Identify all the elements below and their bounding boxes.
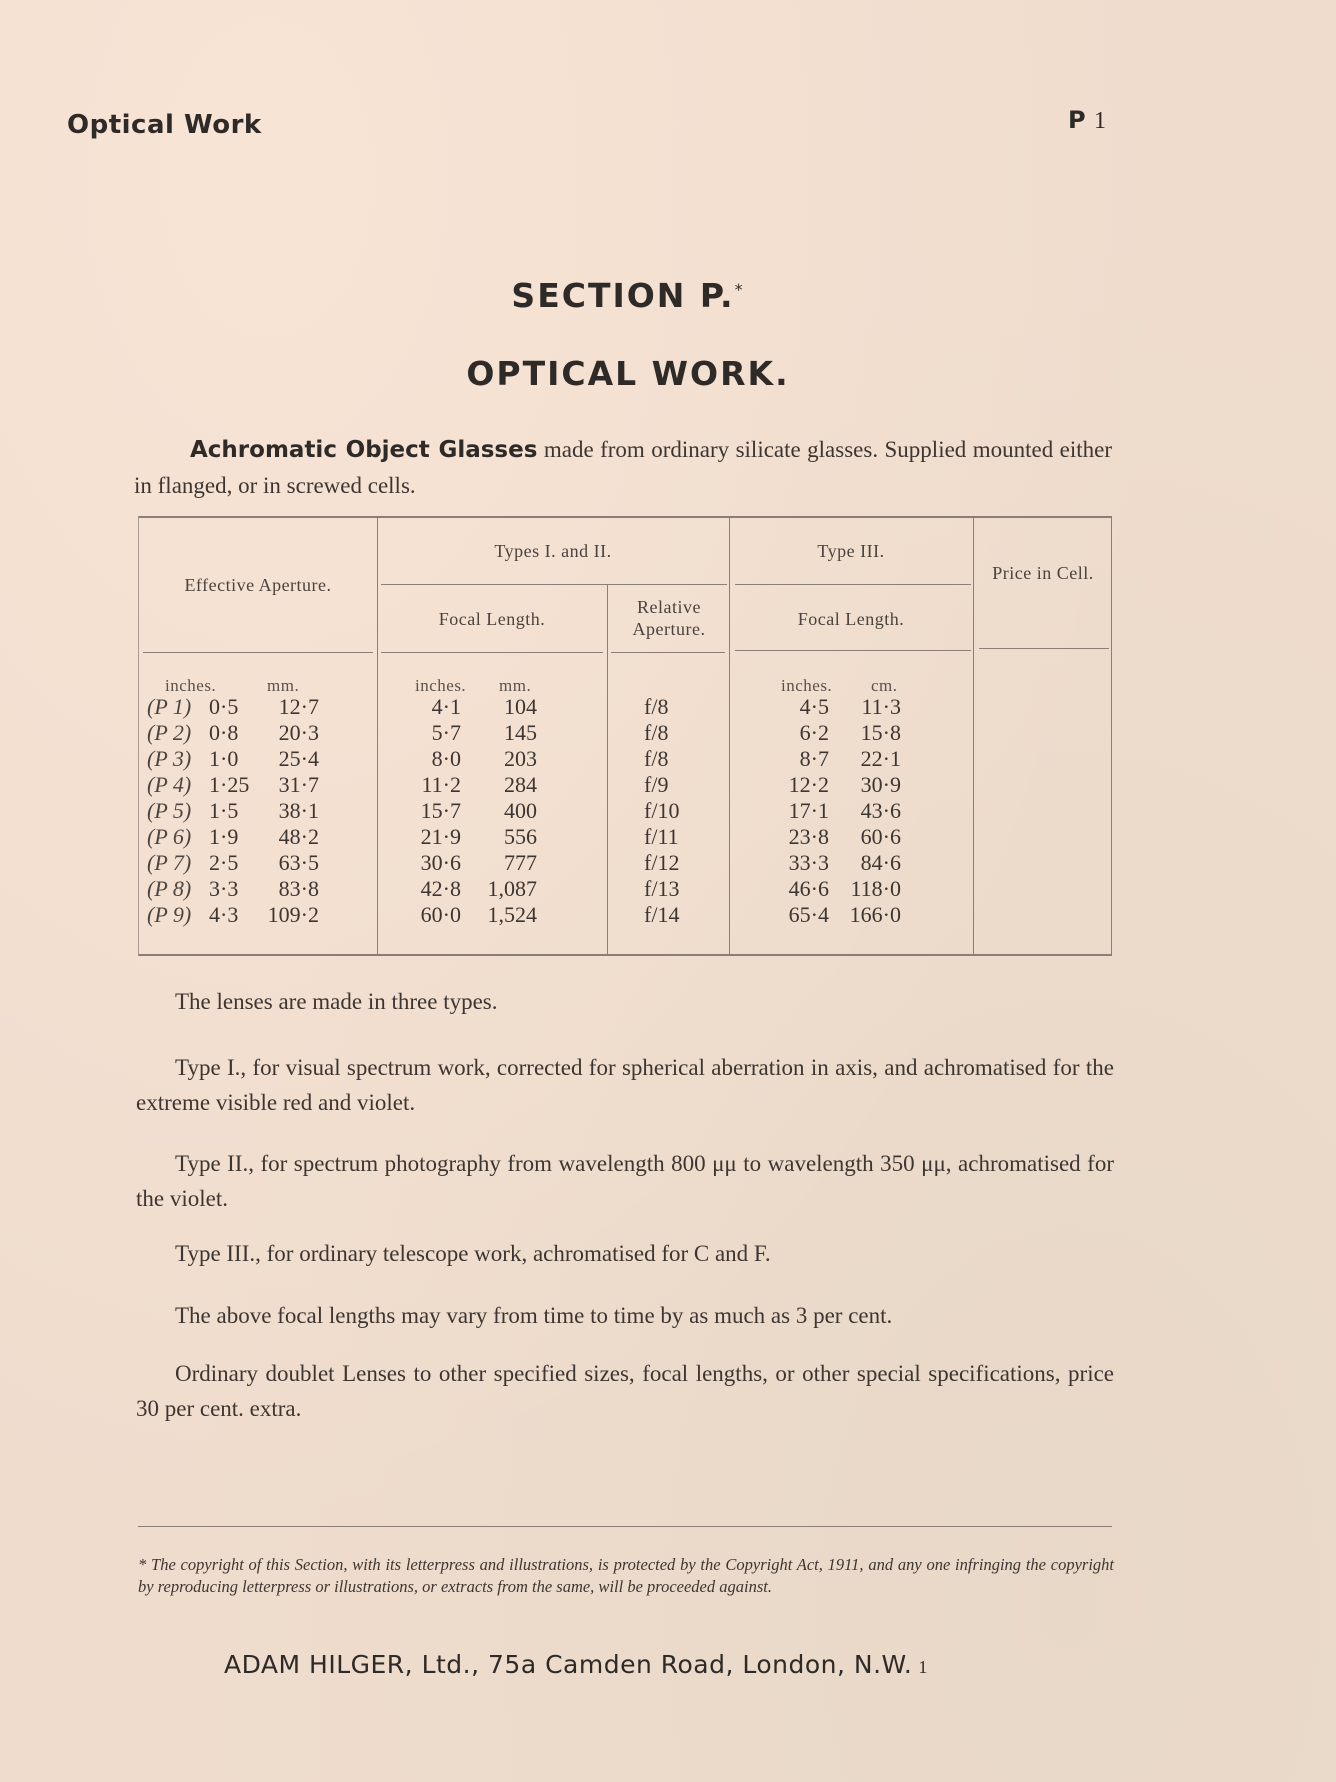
header-relative-aperture: Relative Aperture. xyxy=(615,596,723,640)
t3-focal-cm: 84·6 xyxy=(831,850,901,876)
aperture-inches: 1·25 xyxy=(209,772,249,798)
paragraph-types: The lenses are made in three types. xyxy=(175,984,1115,1019)
lens-code: (P 7) xyxy=(147,850,191,876)
focal-mm: 1,524 xyxy=(463,902,537,928)
aperture-mm: 63·5 xyxy=(259,850,319,876)
focal-mm: 145 xyxy=(463,720,537,746)
relative-aperture: f/12 xyxy=(644,850,679,876)
unit-t3-inches: inches. xyxy=(781,676,832,696)
subject-title: OPTICAL WORK. xyxy=(0,354,1256,393)
lens-code: (P 3) xyxy=(147,746,191,772)
lens-code: (P 4) xyxy=(147,772,191,798)
running-title: Optical Work xyxy=(67,110,262,140)
unit-ea-inches: inches. xyxy=(165,676,216,696)
focal-inches: 11·2 xyxy=(409,772,461,798)
header-price: Price in Cell. xyxy=(979,562,1107,584)
t3-focal-cm: 166·0 xyxy=(831,902,901,928)
lens-code: (P 5) xyxy=(147,798,191,824)
paragraph-type-3: Type III., for ordinary telescope work, … xyxy=(175,1236,1115,1271)
intro-lead: Achromatic Object Glasses xyxy=(190,437,537,463)
focal-mm: 203 xyxy=(463,746,537,772)
t3-focal-inches: 12·2 xyxy=(779,772,829,798)
aperture-inches: 1·0 xyxy=(209,746,238,772)
relative-aperture: f/9 xyxy=(644,772,668,798)
t3-focal-inches: 4·5 xyxy=(779,694,829,720)
t3-focal-cm: 22·1 xyxy=(831,746,901,772)
t3-focal-cm: 118·0 xyxy=(831,876,901,902)
row-divider xyxy=(735,650,971,651)
aperture-inches: 1·9 xyxy=(209,824,238,850)
aperture-mm: 31·7 xyxy=(259,772,319,798)
aperture-mm: 48·2 xyxy=(259,824,319,850)
unit-fl-inches: inches. xyxy=(415,676,466,696)
t3-focal-inches: 8·7 xyxy=(779,746,829,772)
col-divider xyxy=(377,518,378,954)
focal-inches: 60·0 xyxy=(409,902,461,928)
aperture-inches: 2·5 xyxy=(209,850,238,876)
focal-inches: 42·8 xyxy=(409,876,461,902)
lens-table: Effective Aperture. Types I. and II. Typ… xyxy=(138,516,1112,956)
unit-t3-cm: cm. xyxy=(871,676,898,696)
focal-mm: 556 xyxy=(463,824,537,850)
paragraph-tolerance: The above focal lengths may vary from ti… xyxy=(175,1298,1115,1333)
relative-aperture: f/8 xyxy=(644,746,668,772)
row-divider xyxy=(979,648,1109,649)
aperture-mm: 25·4 xyxy=(259,746,319,772)
header-focal-length: Focal Length. xyxy=(377,608,607,630)
lens-code: (P 2) xyxy=(147,720,191,746)
relative-aperture: f/11 xyxy=(644,824,679,850)
header-focal-length-type-3: Focal Length. xyxy=(729,608,973,630)
row-divider xyxy=(381,584,727,585)
aperture-inches: 0·5 xyxy=(209,694,238,720)
aperture-inches: 1·5 xyxy=(209,798,238,824)
publisher-imprint: ADAM HILGER, Ltd., 75a Camden Road, Lond… xyxy=(224,1650,928,1679)
aperture-inches: 3·3 xyxy=(209,876,238,902)
section-title: SECTION P.* xyxy=(0,276,1256,315)
t3-focal-inches: 17·1 xyxy=(779,798,829,824)
aperture-mm: 20·3 xyxy=(259,720,319,746)
row-divider xyxy=(381,652,603,653)
focal-mm: 400 xyxy=(463,798,537,824)
header-type-3: Type III. xyxy=(729,540,973,562)
aperture-mm: 38·1 xyxy=(259,798,319,824)
unit-fl-mm: mm. xyxy=(499,676,531,696)
section-title-text: SECTION P. xyxy=(511,276,734,315)
focal-inches: 30·6 xyxy=(409,850,461,876)
row-divider xyxy=(735,584,971,585)
col-divider xyxy=(973,518,974,954)
aperture-inches: 4·3 xyxy=(209,902,238,928)
focal-inches: 8·0 xyxy=(409,746,461,772)
t3-focal-cm: 43·6 xyxy=(831,798,901,824)
t3-focal-inches: 65·4 xyxy=(779,902,829,928)
intro-paragraph: Achromatic Object Glasses made from ordi… xyxy=(134,432,1112,504)
focal-inches: 15·7 xyxy=(409,798,461,824)
lens-code: (P 9) xyxy=(147,902,191,928)
header-types-1-2: Types I. and II. xyxy=(377,540,729,562)
row-divider xyxy=(143,652,373,653)
copyright-footnote: * The copyright of this Section, with it… xyxy=(138,1554,1114,1598)
row-divider xyxy=(611,652,725,653)
lens-code: (P 8) xyxy=(147,876,191,902)
focal-inches: 21·9 xyxy=(409,824,461,850)
relative-aperture: f/8 xyxy=(644,720,668,746)
t3-focal-inches: 33·3 xyxy=(779,850,829,876)
t3-focal-inches: 46·6 xyxy=(779,876,829,902)
focal-mm: 1,087 xyxy=(463,876,537,902)
t3-focal-cm: 60·6 xyxy=(831,824,901,850)
signature-mark: 1 xyxy=(918,1657,928,1677)
lens-code: (P 6) xyxy=(147,824,191,850)
relative-aperture: f/14 xyxy=(644,902,679,928)
page-number: P 1 xyxy=(1068,106,1106,135)
page-letter: P xyxy=(1068,106,1086,134)
t3-focal-inches: 6·2 xyxy=(779,720,829,746)
focal-inches: 4·1 xyxy=(409,694,461,720)
paragraph-type-1: Type I., for visual spectrum work, corre… xyxy=(136,1050,1114,1120)
paragraph-special-orders: Ordinary doublet Lenses to other specifi… xyxy=(136,1356,1114,1426)
focal-mm: 284 xyxy=(463,772,537,798)
footnote-rule xyxy=(138,1526,1112,1527)
t3-focal-inches: 23·8 xyxy=(779,824,829,850)
focal-mm: 104 xyxy=(463,694,537,720)
aperture-mm: 12·7 xyxy=(259,694,319,720)
relative-aperture: f/10 xyxy=(644,798,679,824)
col-divider xyxy=(607,584,608,954)
relative-aperture: f/13 xyxy=(644,876,679,902)
t3-focal-cm: 15·8 xyxy=(831,720,901,746)
aperture-mm: 109·2 xyxy=(259,902,319,928)
focal-inches: 5·7 xyxy=(409,720,461,746)
header-effective-aperture: Effective Aperture. xyxy=(139,574,377,596)
focal-mm: 777 xyxy=(463,850,537,876)
paragraph-type-2: Type II., for spectrum photography from … xyxy=(136,1146,1114,1216)
t3-focal-cm: 30·9 xyxy=(831,772,901,798)
unit-ea-mm: mm. xyxy=(267,676,299,696)
page-number-value: 1 xyxy=(1094,108,1106,134)
aperture-mm: 83·8 xyxy=(259,876,319,902)
footnote-mark: * xyxy=(735,280,745,299)
imprint-text: ADAM HILGER, Ltd., 75a Camden Road, Lond… xyxy=(224,1650,912,1679)
col-divider xyxy=(729,518,730,954)
aperture-inches: 0·8 xyxy=(209,720,238,746)
t3-focal-cm: 11·3 xyxy=(831,694,901,720)
lens-code: (P 1) xyxy=(147,694,191,720)
relative-aperture: f/8 xyxy=(644,694,668,720)
